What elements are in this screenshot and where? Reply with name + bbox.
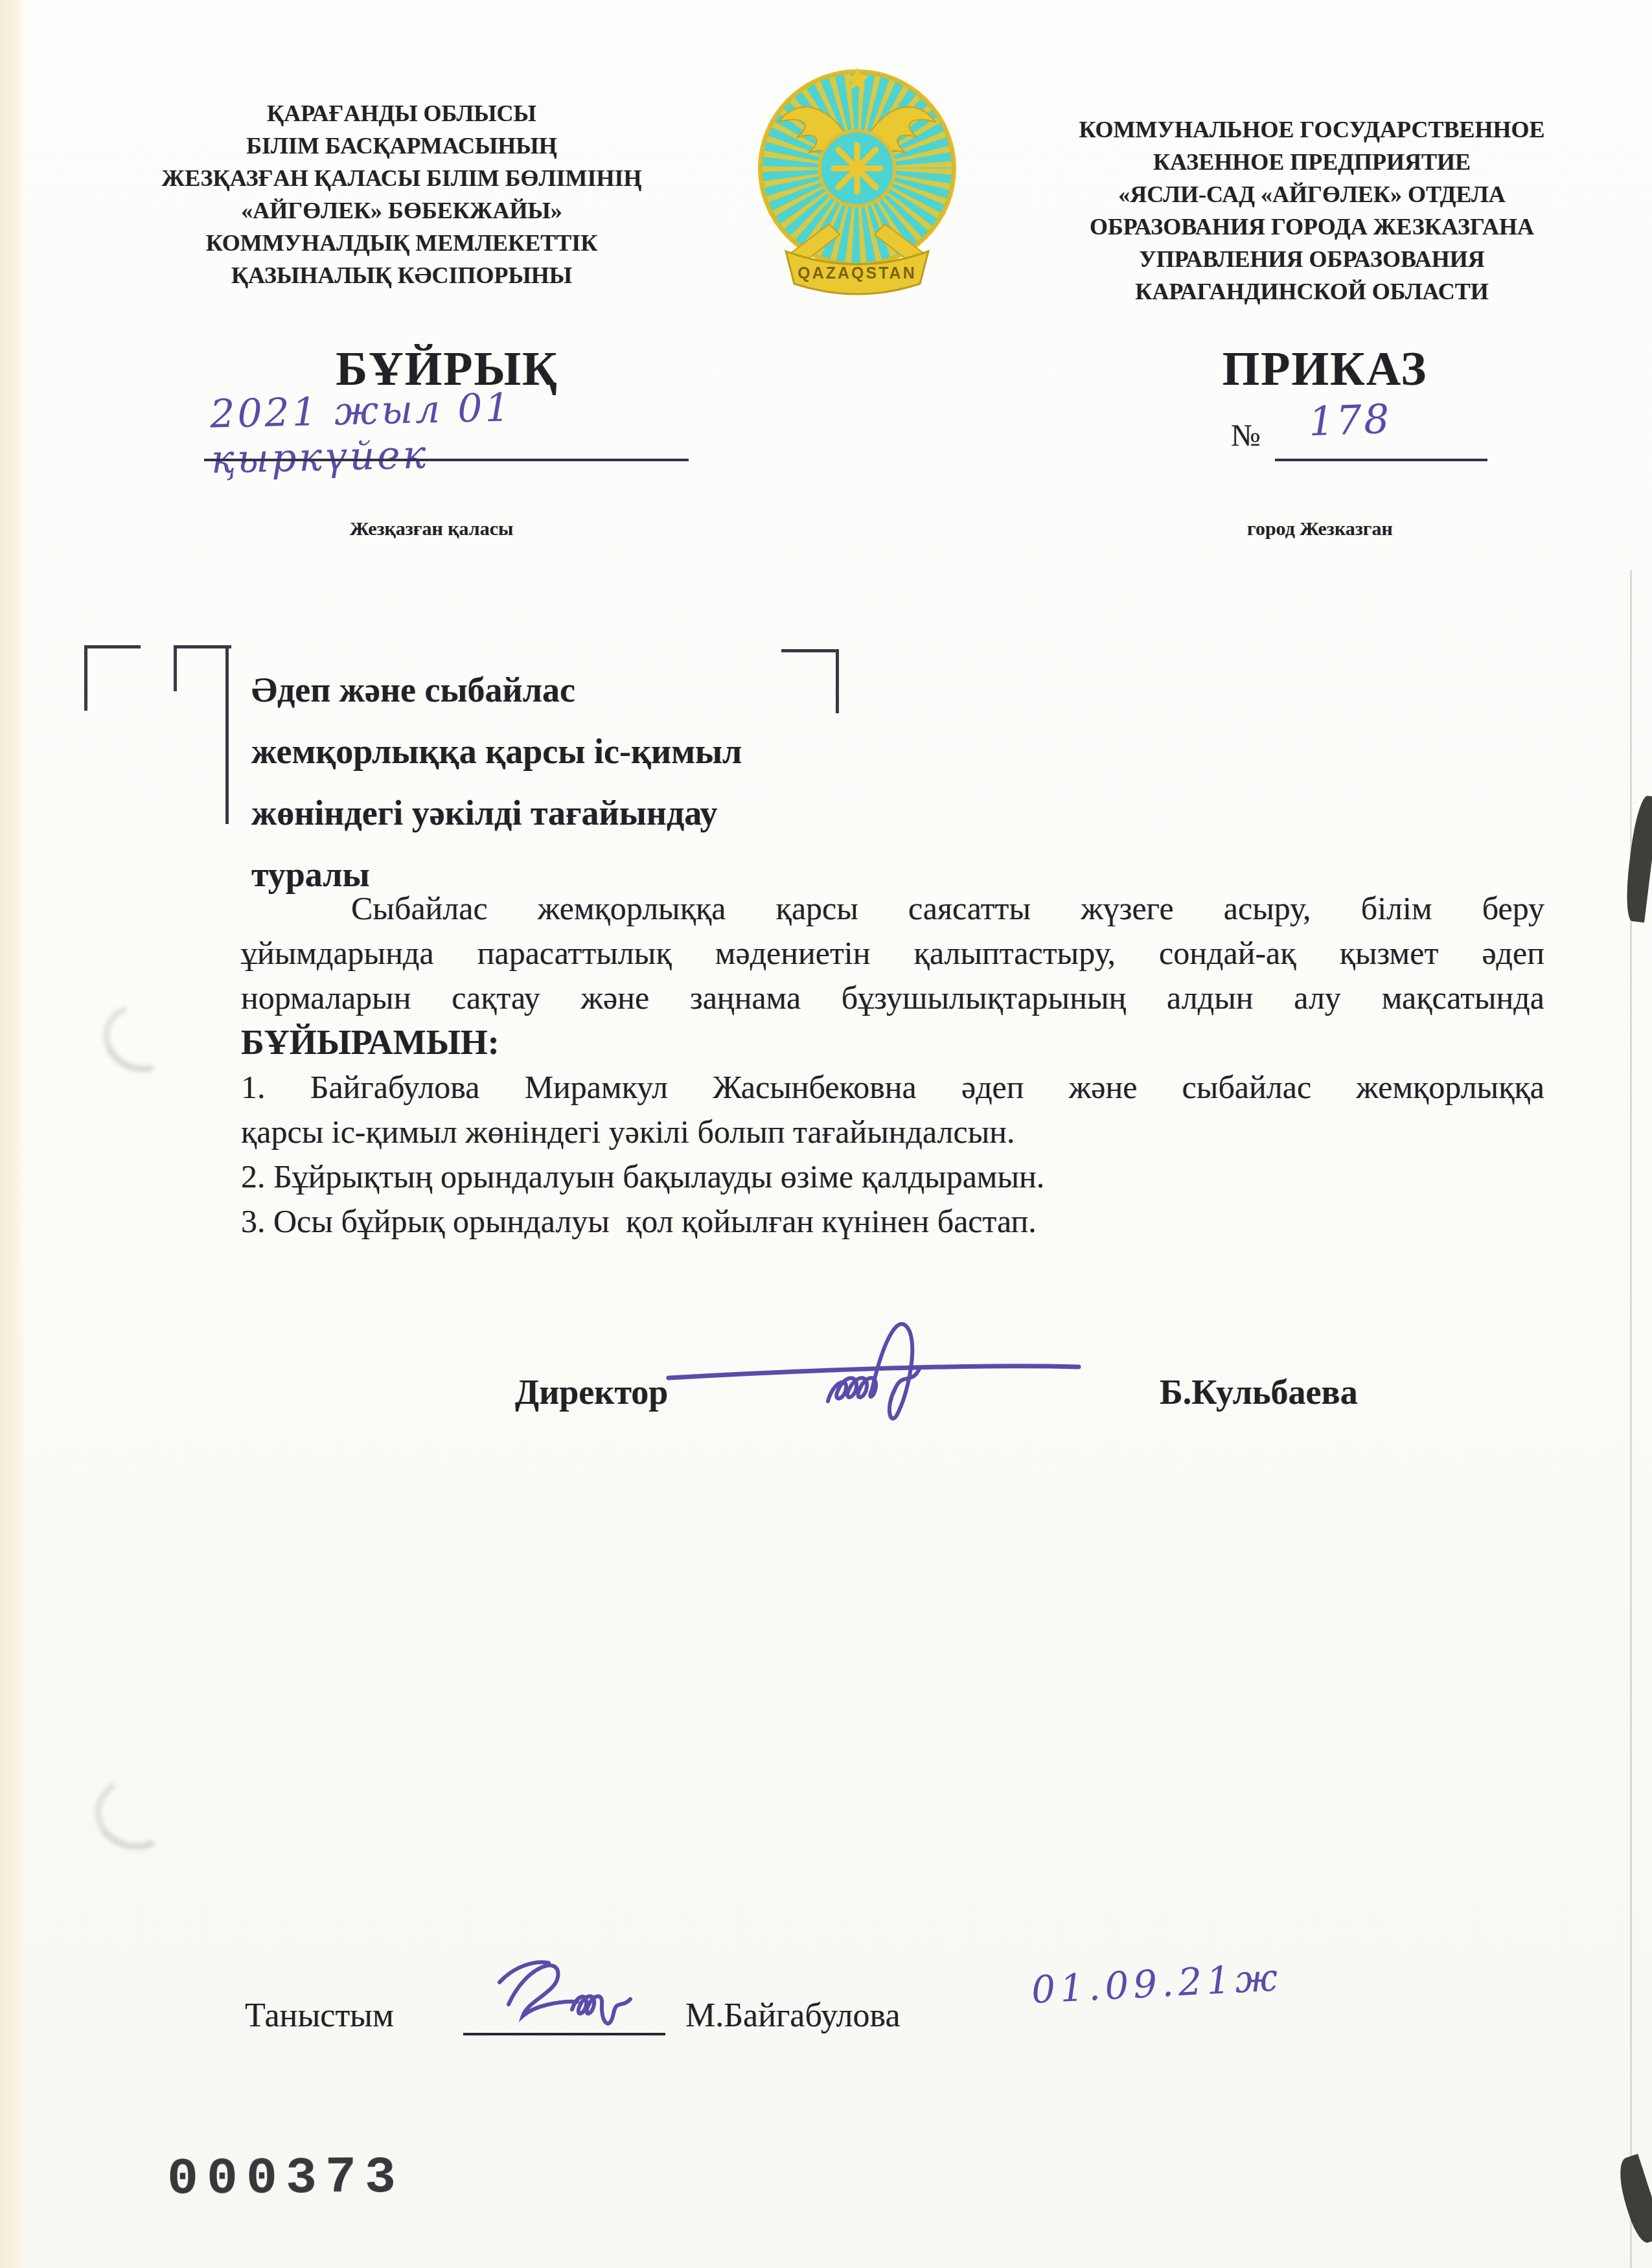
order-subject: Әдеп және сыбайлас жемқорлыққа қарсы іс-… bbox=[251, 659, 906, 906]
scan-artifact-crescent bbox=[92, 992, 187, 1084]
issue-place-russian: город Жезказган bbox=[1247, 518, 1393, 540]
emblem-caption: QAZAQSTAN bbox=[797, 264, 916, 282]
scan-artifact-crescent bbox=[87, 1769, 181, 1859]
scanned-order-document: ҚАРАҒАНДЫ ОБЛЫСЫ БІЛІМ БАСҚАРМАСЫНЫҢ ЖЕЗ… bbox=[0, 0, 1652, 2268]
acknowledgement-date-handwritten: 01.09.21ж bbox=[1030, 1955, 1283, 2012]
director-signature bbox=[661, 1299, 1088, 1428]
acknowledgement-name: М.Байгабулова bbox=[685, 1997, 901, 2035]
scan-artifact-page-edge bbox=[1630, 570, 1632, 2268]
scan-artifact-left-strip bbox=[0, 0, 25, 2268]
corner-mark bbox=[225, 645, 232, 824]
acknowledgement-label: Таныстым bbox=[245, 1997, 394, 2035]
stamp-number: 000373 bbox=[167, 2149, 405, 2210]
order-item-line: 3. Осы бұйрық орындалуы қол қойылған күн… bbox=[241, 1199, 1544, 1244]
issue-place-kazakh: Жезқазған қаласы bbox=[350, 518, 513, 540]
director-name: Б.Кульбаева bbox=[1160, 1372, 1358, 1412]
scan-artifact-blob bbox=[1612, 2154, 1652, 2245]
corner-mark bbox=[84, 645, 141, 711]
order-word-russian: ПРИКАЗ bbox=[1147, 342, 1503, 397]
order-item-line: қарсы іс-қимыл жөніндегі уәкілі болып та… bbox=[241, 1110, 1544, 1154]
number-underline bbox=[1275, 459, 1487, 461]
org-name-russian: КОММУНАЛЬНОЕ ГОСУДАРСТВЕННОЕ КАЗЕННОЕ ПР… bbox=[1001, 113, 1623, 308]
date-underline bbox=[204, 459, 689, 461]
kazakhstan-emblem-icon: QAZAQSTAN bbox=[750, 60, 964, 306]
order-body: Сыбайлас жемқорлыққа қарсы саясатты жүзе… bbox=[241, 886, 1544, 1244]
order-date-handwritten: 2021 жыл 01 қыркүйек bbox=[210, 380, 717, 483]
acknowledgement-signature bbox=[489, 1937, 690, 2044]
order-number-label: № bbox=[1231, 418, 1261, 453]
body-line: нормаларын сақтау және заңнама бұзушылық… bbox=[241, 976, 1544, 1020]
director-label: Директор bbox=[515, 1372, 668, 1412]
order-number-handwritten: 178 bbox=[1308, 395, 1392, 445]
body-line: ұйымдарында парасаттылық мәдениетін қалы… bbox=[241, 931, 1544, 976]
resolve-word: БҰЙЫРАМЫН: bbox=[241, 1020, 1544, 1065]
org-name-kazakh: ҚАРАҒАНДЫ ОБЛЫСЫ БІЛІМ БАСҚАРМАСЫНЫҢ ЖЕЗ… bbox=[78, 97, 726, 292]
corner-mark bbox=[174, 645, 231, 691]
order-item-line: 2. Бұйрықтың орындалуын бақылауды өзіме … bbox=[241, 1154, 1544, 1199]
scan-artifact-blob bbox=[1622, 795, 1652, 923]
order-item-line: 1. Байгабулова Мирамкул Жасынбековна әде… bbox=[241, 1065, 1544, 1110]
body-line: Сыбайлас жемқорлыққа қарсы саясатты жүзе… bbox=[241, 886, 1544, 931]
